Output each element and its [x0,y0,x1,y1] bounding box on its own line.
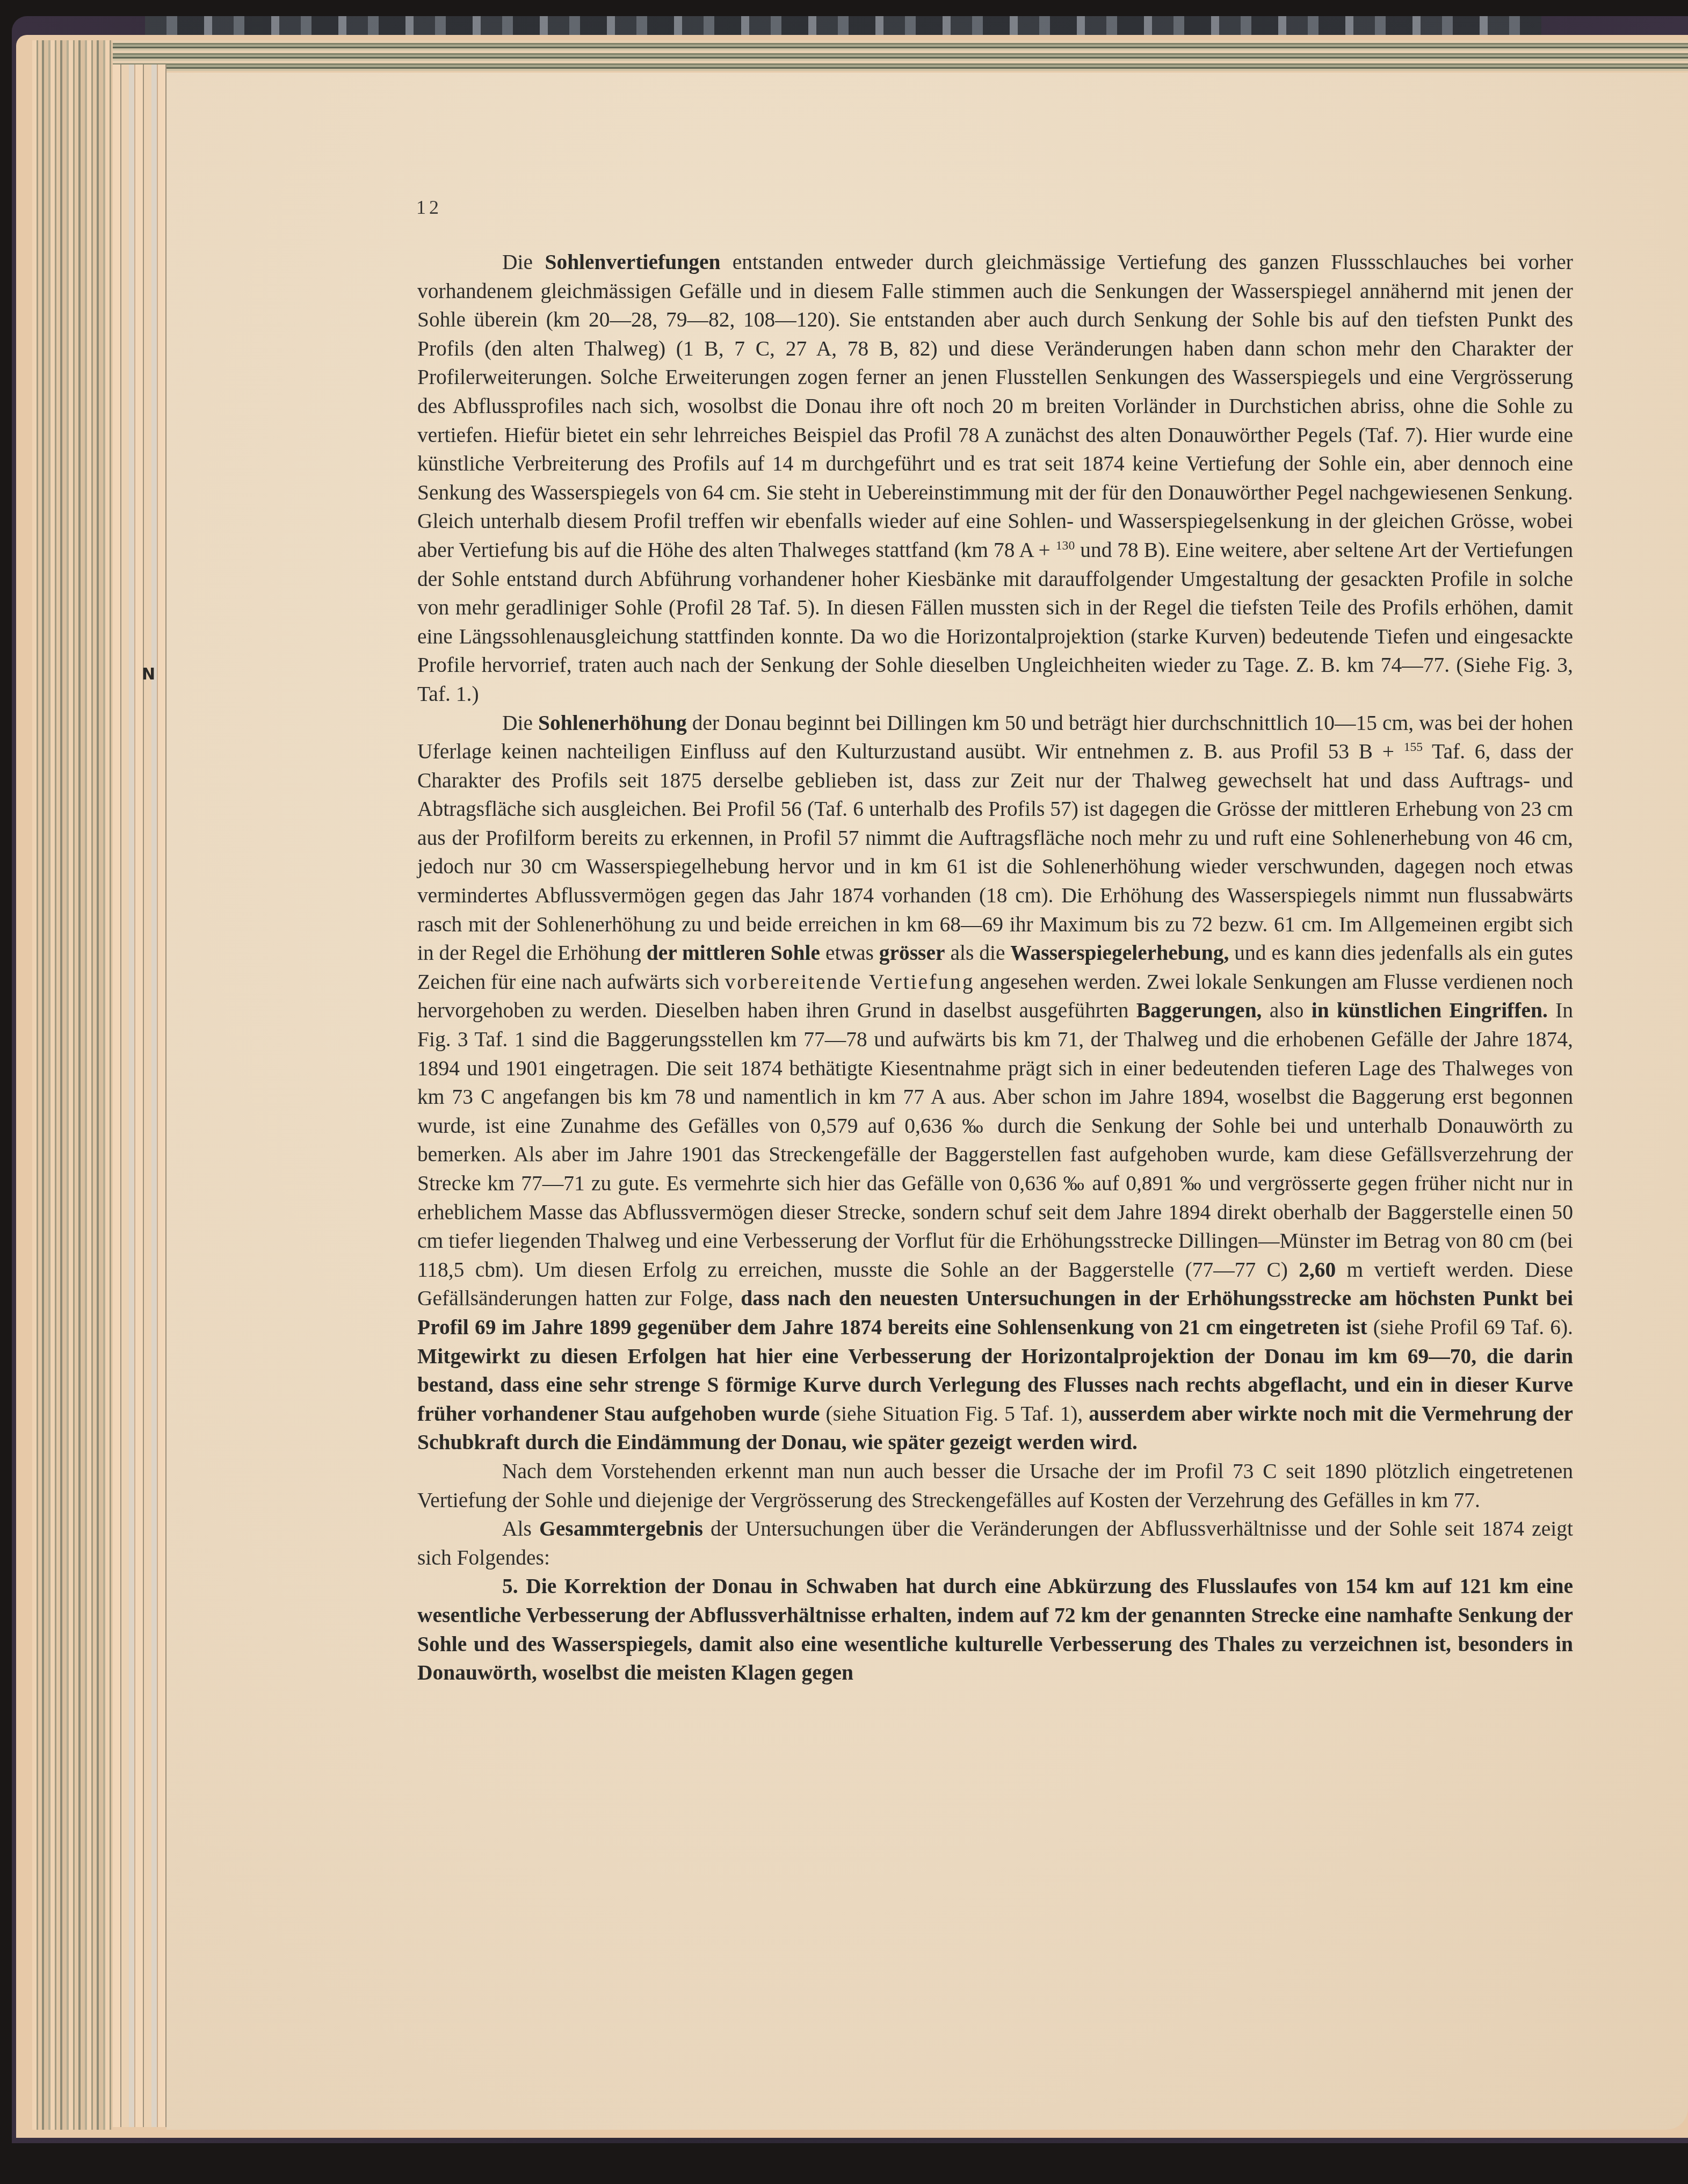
page-edges-top [32,40,1688,71]
page-edges-inner [113,64,166,2127]
bold-text: Wasserspiegelerhebung, [1010,941,1229,965]
text-run: Die [502,250,545,274]
text-run: Die [502,711,538,735]
text-run: Taf. 6, dass der Charakter des Profils s… [417,740,1573,965]
paragraph-sohlenvertiefungen: Die Sohlenvertiefungen entstanden entwed… [417,248,1573,709]
bold-text: Baggerungen, [1136,999,1262,1022]
body-text: Die Sohlenvertiefungen entstanden entwed… [417,248,1573,1688]
superscript: 130 [1056,539,1075,553]
text-run: also [1262,999,1311,1022]
paragraph-sohlenerhoehung: Die Sohlenerhöhung der Donau beginnt bei… [417,709,1573,1457]
paragraph-gesammtergebnis: Als Gesammtergebnis der Untersuchungen ü… [417,1515,1573,1572]
text-run: (siehe Situation Fig. 5 Taf. 1), [820,1402,1089,1426]
bold-text: 2,60 [1299,1258,1336,1282]
text-run: etwas [820,941,879,965]
text-run: vorbereitende Vertiefung [725,970,975,994]
paragraph-conclusion-5: 5. Die Korrektion der Donau in Schwaben … [417,1572,1573,1687]
bold-text: Gesammtergebnis [539,1517,703,1541]
bold-text: grösser [879,941,945,965]
text-run: entstanden entweder durch gleichmässige … [417,250,1573,562]
bold-text: der mittleren Sohle [647,941,820,965]
page-edges-left [32,40,113,2130]
text-run: In Fig. 3 Taf. 1 sind die Baggerungsstel… [417,999,1573,1281]
bold-text: Sohlenerhöhung [538,711,687,735]
bold-text: in künstlichen Eingriffen. [1312,999,1548,1022]
text-run: als die [945,941,1011,965]
text-run: Nach dem Vorstehenden erkennt man nun au… [417,1459,1573,1512]
paragraph-ursache: Nach dem Vorstehenden erkennt man nun au… [417,1457,1573,1515]
marbled-endpaper-edge [145,16,1541,35]
text-run: und 78 B). Eine weitere, aber seltene Ar… [417,538,1573,706]
bold-text: 5. Die Korrektion der Donau in Schwaben … [417,1574,1573,1684]
bold-text: Sohlenvertiefungen [545,250,720,274]
text-run: Als [502,1517,539,1541]
margin-mark: N [142,665,155,684]
superscript: 155 [1404,740,1423,754]
page-number: 12 [416,196,442,219]
text-run: (siehe Profil 69 Taf. 6). [1367,1315,1573,1339]
